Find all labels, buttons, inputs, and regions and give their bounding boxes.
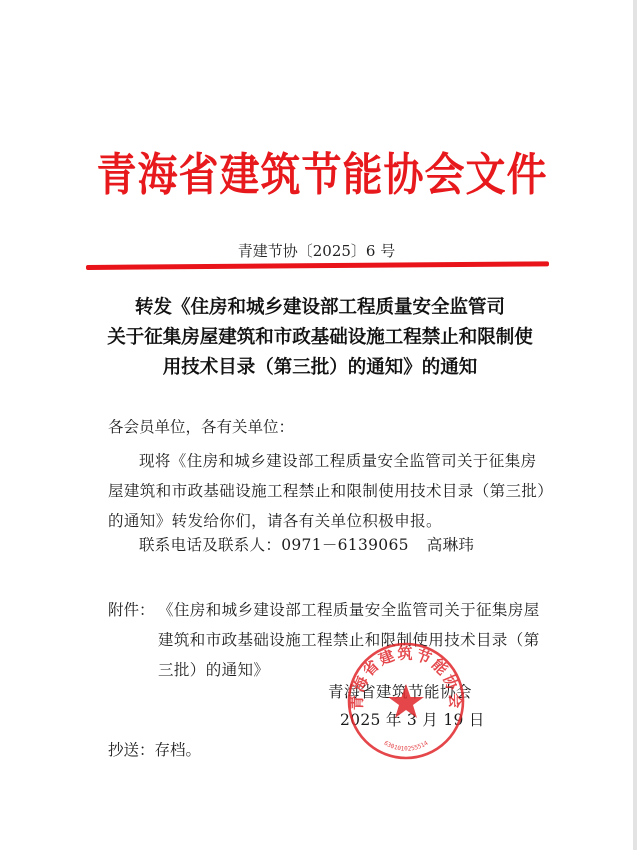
seal-serial: 6301010255514	[383, 739, 430, 752]
contact-line: 联系电话及联系人：0971－6139065高琳玮	[108, 533, 548, 555]
signature-date: 2025 年 3 月 19 日	[340, 708, 485, 730]
title-line: 用技术目录（第三批）的通知》的通知	[60, 353, 580, 383]
body-paragraph: 现将《住房和城乡建设部工程质量安全监管司关于征集房屋建筑和市政基础设施工程禁止和…	[108, 446, 548, 536]
document-number: 青建节协〔2025〕6 号	[0, 240, 633, 261]
cc-line: 抄送：存档。	[108, 738, 201, 760]
contact-label: 联系电话及联系人：	[139, 536, 281, 554]
masthead-title: 青海省建筑节能协会文件	[92, 140, 552, 204]
title-line: 转发《住房和城乡建设部工程质量安全监管司	[60, 293, 580, 323]
svg-text:6301010255514: 6301010255514	[383, 739, 430, 752]
contact-person: 高琳玮	[427, 536, 474, 554]
page-edge	[633, 0, 637, 850]
signature-organization: 青海省建筑节能协会	[328, 680, 472, 702]
attachment-text: 《住房和城乡建设部工程质量安全监管司关于征集房屋建筑和市政基础设施工程禁止和限制…	[158, 595, 548, 685]
salutation: 各会员单位，各有关单位：	[108, 415, 548, 437]
document-title: 转发《住房和城乡建设部工程质量安全监管司 关于征集房屋建筑和市政基础设施工程禁止…	[60, 293, 580, 383]
title-line: 关于征集房屋建筑和市政基础设施工程禁止和限制使	[60, 323, 580, 353]
attachment-label: 附件：	[108, 595, 155, 625]
contact-phone: 0971－6139065	[281, 536, 409, 554]
red-rule-divider	[86, 261, 549, 270]
document-page: 青海省建筑节能协会文件 青建节协〔2025〕6 号 转发《住房和城乡建设部工程质…	[0, 0, 633, 850]
